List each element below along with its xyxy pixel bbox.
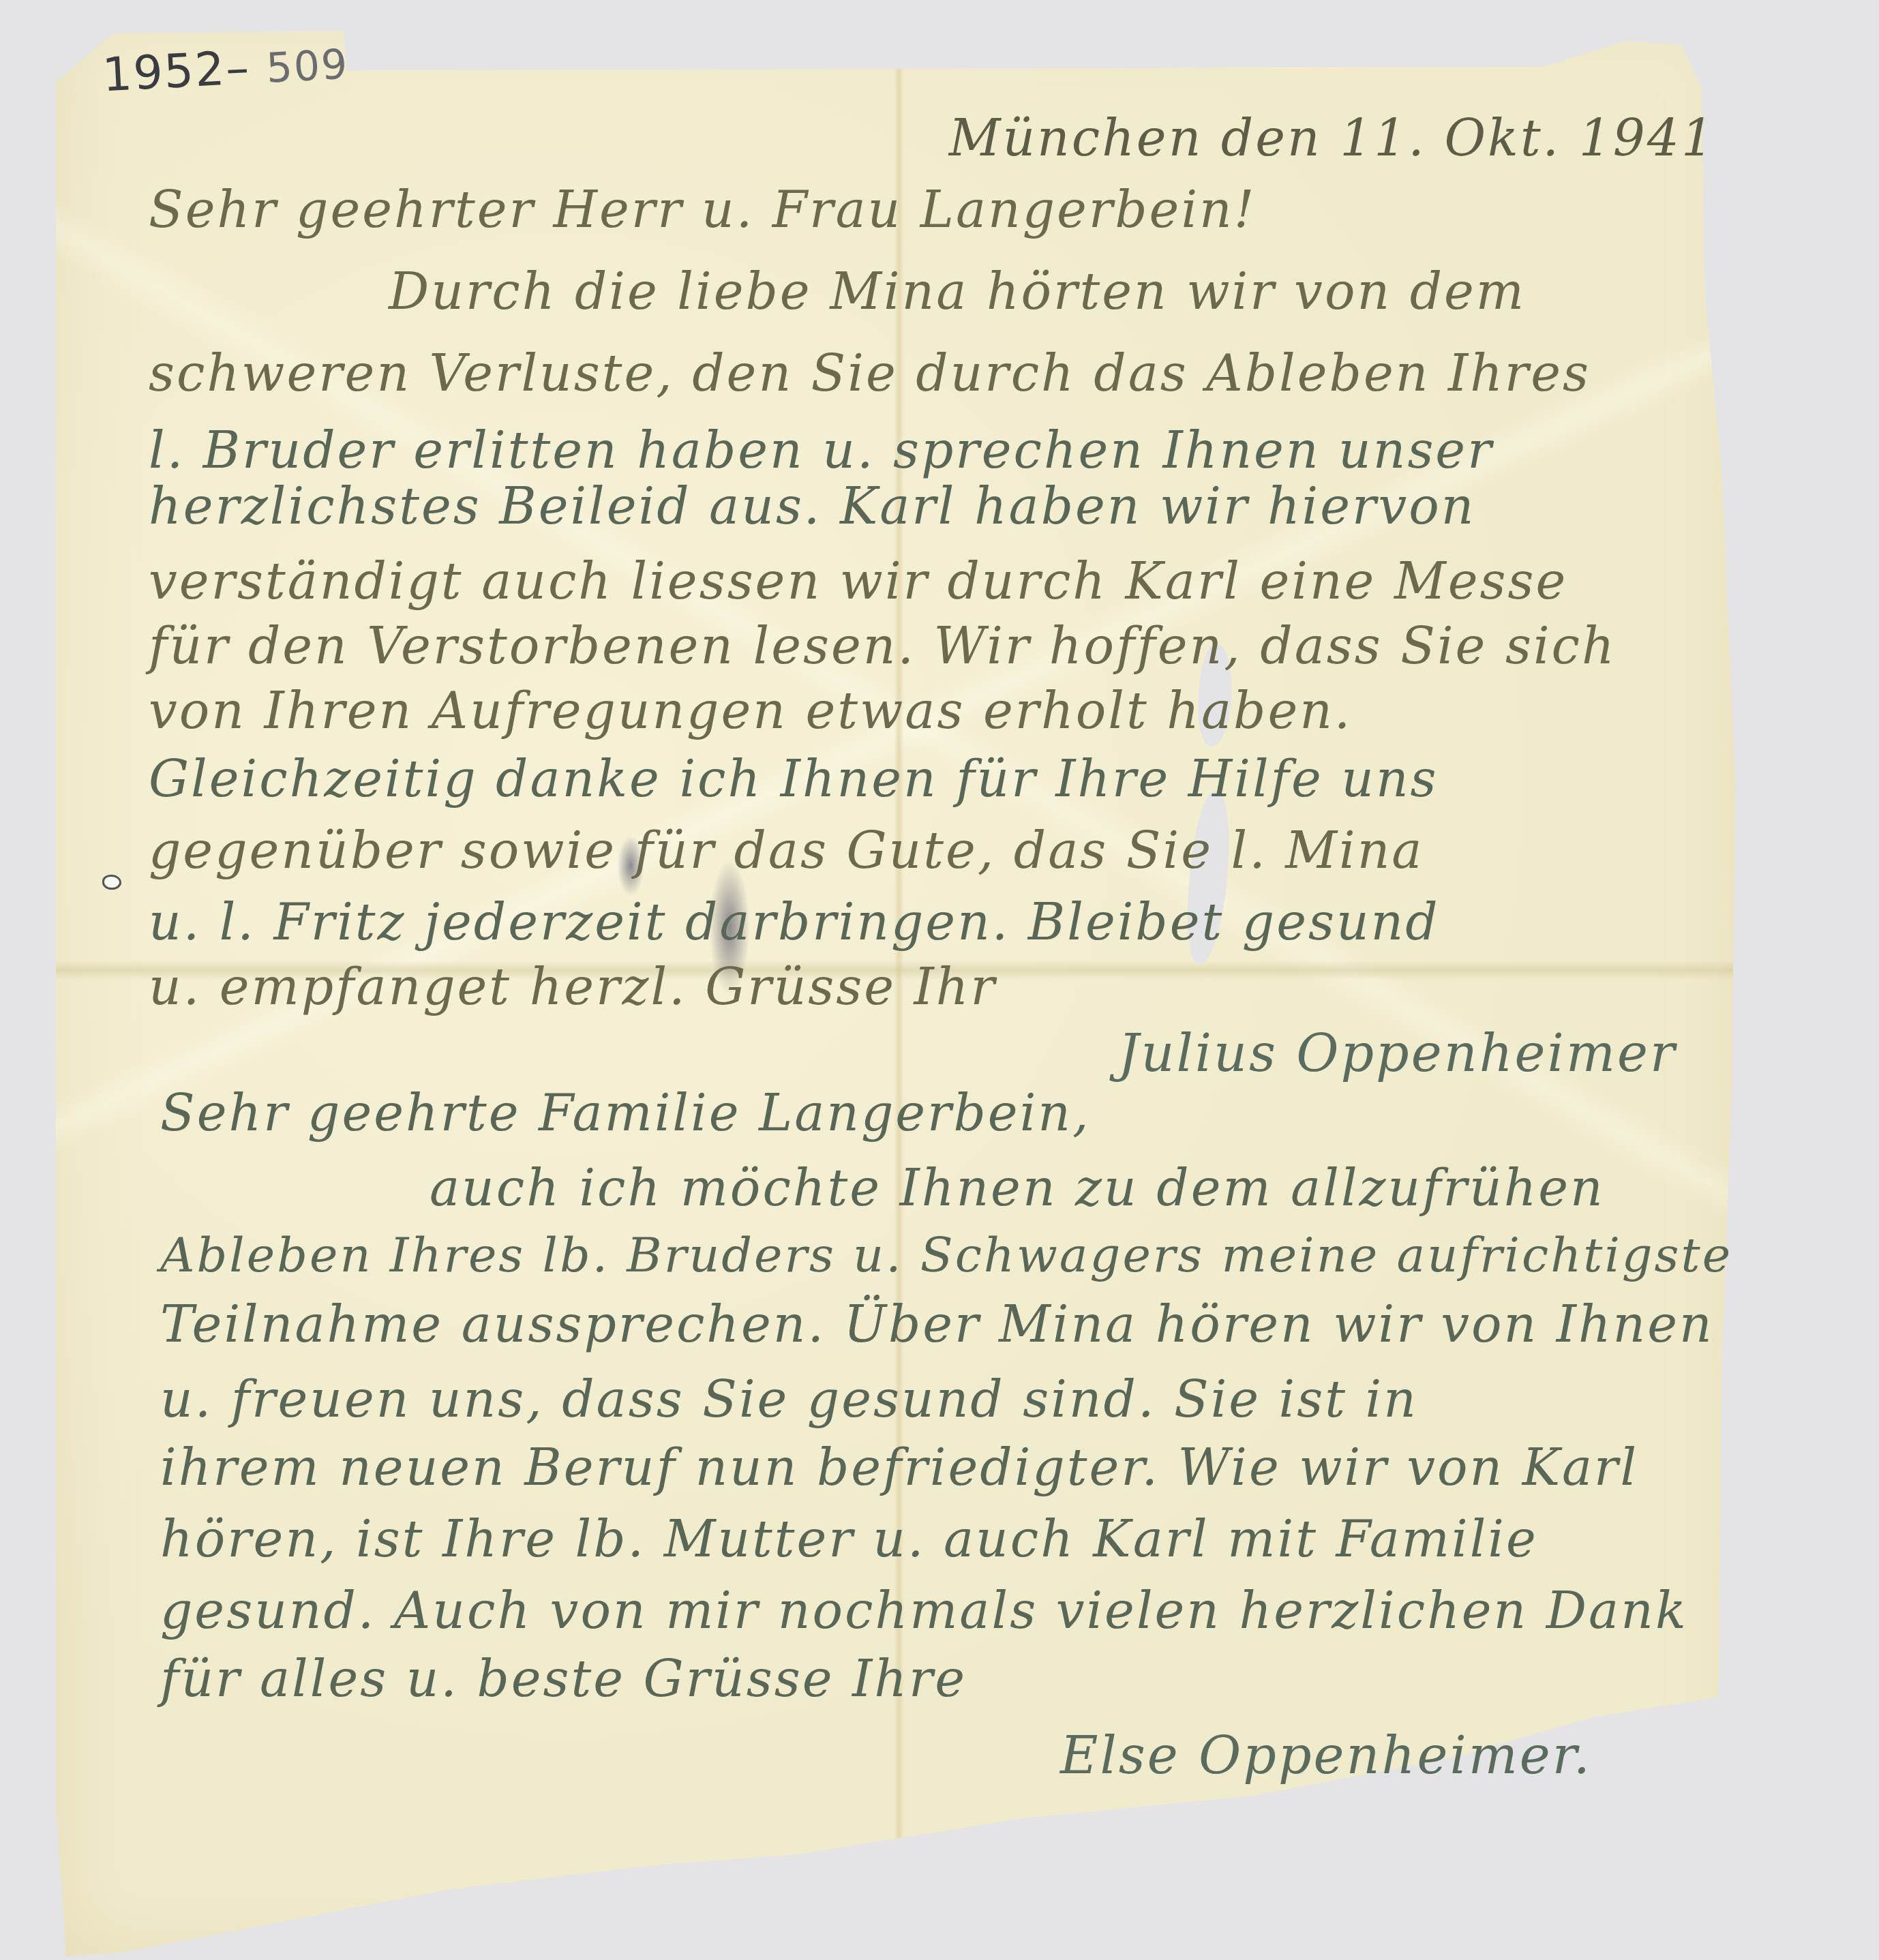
- letter2-signature: Else Oppenheimer.: [1060, 1725, 1592, 1785]
- letter1-line: Gleichzeitig danke ich Ihnen für Ihre Hi…: [149, 750, 1439, 809]
- letter1-line: für den Verstorbenen lesen. Wir hoffen, …: [149, 617, 1617, 676]
- letter2-line: auch ich möchte Ihnen zu dem allzufrühen: [430, 1159, 1605, 1218]
- paper-hole-small: [102, 875, 121, 890]
- letter2-line: Ableben Ihres lb. Bruders u. Schwagers m…: [160, 1227, 1732, 1283]
- letter2-line: für alles u. beste Grüsse Ihre: [160, 1650, 967, 1708]
- letter2-line: Teilnahme aussprechen. Über Mina hören w…: [160, 1295, 1714, 1354]
- letter1-line: schweren Verluste, den Sie durch das Abl…: [149, 344, 1591, 403]
- letter1-line: u. empfanget herzl. Grüsse Ihr: [149, 958, 997, 1016]
- letter2-line: u. freuen uns, dass Sie gesund sind. Sie…: [160, 1370, 1418, 1429]
- letter1-line: verständigt auch liessen wir durch Karl …: [149, 552, 1567, 611]
- letter1-line: u. l. Fritz jederzeit darbringen. Bleibe…: [149, 893, 1440, 952]
- letter1-line: herzlichstes Beileid aus. Karl haben wir…: [149, 477, 1475, 536]
- letter1-salutation: Sehr geehrter Herr u. Frau Langerbein!: [149, 181, 1256, 239]
- letter2-line: gesund. Auch von mir nochmals vielen her…: [160, 1582, 1688, 1640]
- letter2-line: ihrem neuen Beruf nun befriedigter. Wie …: [160, 1438, 1638, 1497]
- letter2-line: hören, ist Ihre lb. Mutter u. auch Karl …: [160, 1510, 1538, 1569]
- letter1-line: gegenüber sowie für das Gute, das Sie l.…: [149, 821, 1424, 880]
- letter1-line: l. Bruder erlitten haben u. sprechen Ihn…: [149, 421, 1494, 480]
- letter1-signature: Julius Oppenheimer: [1118, 1023, 1677, 1083]
- letter1-line: von Ihren Aufregungen etwas erholt haben…: [149, 682, 1352, 740]
- letter1-line: Durch die liebe Mina hörten wir von dem: [389, 262, 1526, 321]
- letter2-salutation: Sehr geehrte Familie Langerbein,: [160, 1084, 1090, 1143]
- place-date: München den 11. Okt. 1941: [949, 109, 1715, 168]
